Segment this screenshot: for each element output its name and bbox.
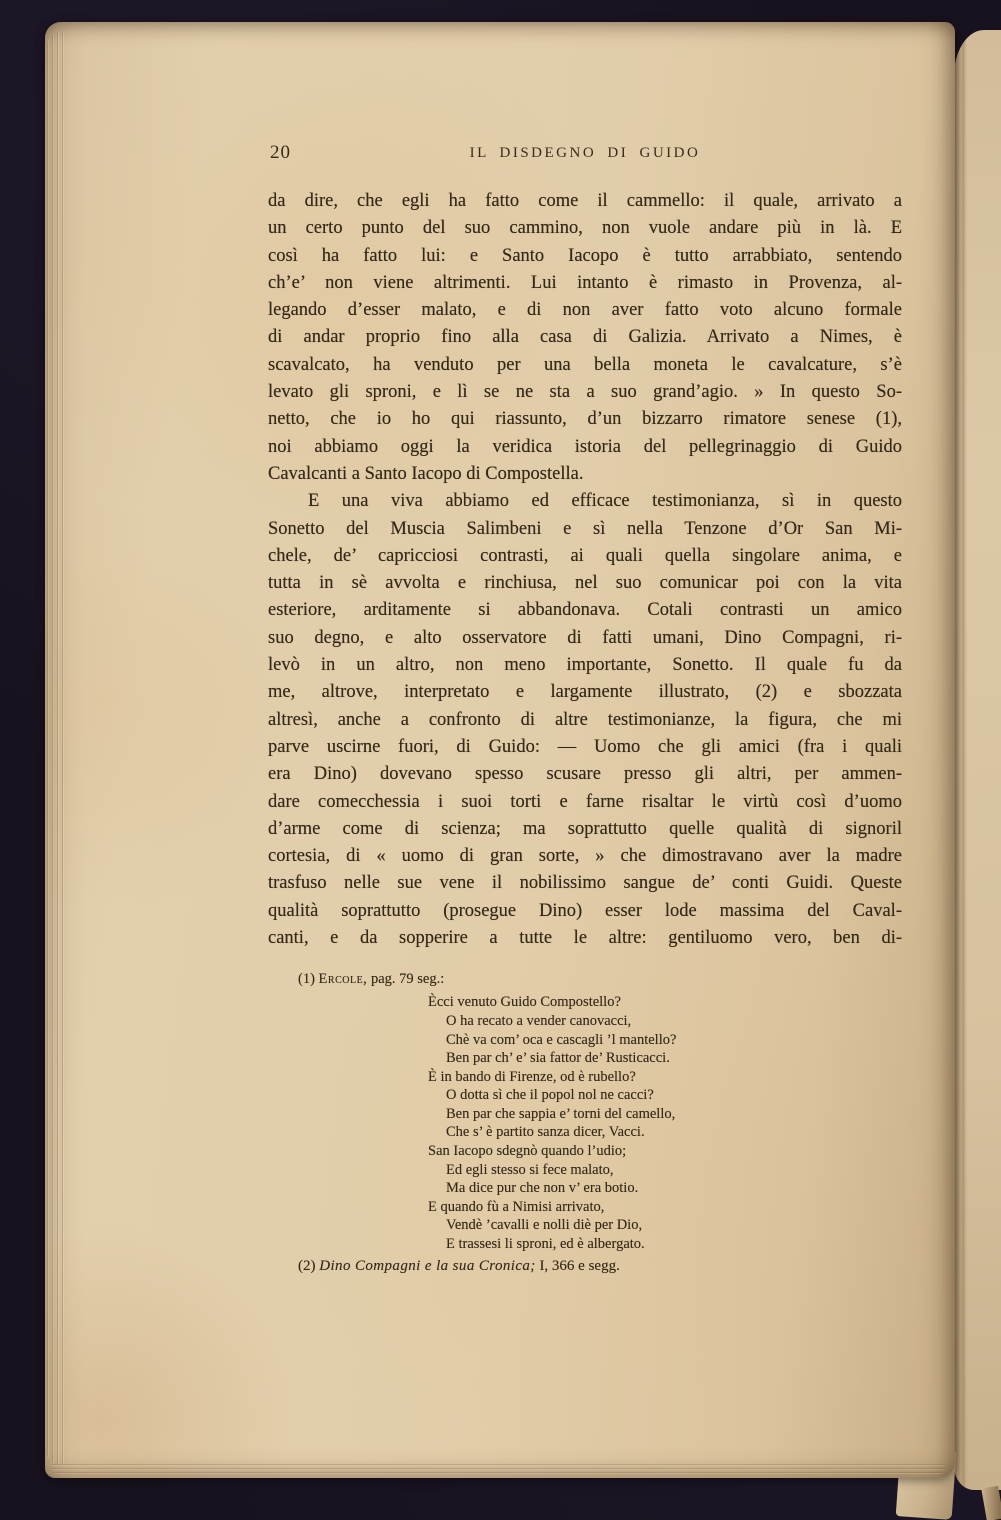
- text-line: un certo punto del suo cammino, non vuol…: [268, 215, 902, 242]
- poem-line: E trassesi li sproni, ed è albergato.: [428, 1235, 902, 1254]
- footnote-2: (2) Dino Compagni e la sua Cronica; I, 3…: [268, 1257, 902, 1276]
- text-line: era Dino) dovevano spesso scusare presso…: [268, 761, 902, 788]
- page-content: 20 IL DISDEGNO DI GUIDO da dire, che egl…: [268, 142, 902, 1276]
- text-line: d’arme come di scienza; ma soprattutto q…: [268, 816, 902, 843]
- text-line: chele, de’ capricciosi contrasti, ai qua…: [268, 543, 902, 570]
- text-line: levato gli sproni, e lì se ne sta a suo …: [268, 379, 902, 406]
- page-stack-bottom-edge: [51, 1462, 945, 1476]
- footnote-1-label: (1): [298, 971, 315, 987]
- text-line: canti, e da sopperire a tutte le altre: …: [268, 925, 902, 952]
- text-line: parve uscirne fuori, di Guido: — Uomo ch…: [268, 734, 902, 761]
- text-line: tutta in sè avvolta e rinchiusa, nel suo…: [268, 570, 902, 597]
- text-line: di andar proprio fino alla casa di Galiz…: [268, 324, 902, 351]
- page-number: 20: [270, 142, 291, 164]
- paragraph: E una viva abbiamo ed efficace testimoni…: [268, 488, 902, 952]
- text-line: ch’e’ non viene altrimenti. Lui intanto …: [268, 270, 902, 297]
- paragraph: da dire, che egli ha fatto come il camme…: [268, 188, 902, 488]
- footnote-2-label: (2): [298, 1258, 316, 1274]
- poem-line: Ben par che sappia e’ torni del camello,: [428, 1105, 902, 1124]
- poem-line: Ècci venuto Guido Compostello?: [428, 993, 902, 1012]
- text-line: qualità soprattutto (prosegue Dino) esse…: [268, 898, 902, 925]
- footnote-1-pages: pag. 79 seg.:: [371, 971, 444, 987]
- poem-line: Ben par ch’ e’ sia fattor de’ Rusticacci…: [428, 1049, 902, 1068]
- poem-line: E quando fù a Nimisi arrivato,: [428, 1198, 902, 1217]
- footnote-poem: Ècci venuto Guido Compostello?O ha recat…: [268, 993, 902, 1253]
- footnote-1-author: Ercole,: [319, 971, 368, 987]
- poem-line: San Iacopo sdegnò quando l’udio;: [428, 1142, 902, 1161]
- footnote-1: (1) Ercole, pag. 79 seg.:: [268, 970, 902, 989]
- text-line: suo degno, e alto osservatore di fatti u…: [268, 625, 902, 652]
- poem-line: È in bando di Firenze, od è rubello?: [428, 1068, 902, 1087]
- text-line: E una viva abbiamo ed efficace testimoni…: [268, 488, 902, 515]
- footnote-2-citation: I, 366 e segg.: [539, 1258, 619, 1274]
- text-line: me, altrove, interpretato e largamente i…: [268, 679, 902, 706]
- text-line: Cavalcanti a Santo Iacopo di Compostella…: [268, 461, 902, 488]
- poem-line: Ed egli stesso si fece malato,: [428, 1161, 902, 1180]
- running-header: IL DISDEGNO DI GUIDO: [268, 142, 902, 162]
- text-line: levò in un altro, non meno importante, S…: [268, 652, 902, 679]
- text-line: esteriore, arditamente si abbandonava. C…: [268, 597, 902, 624]
- text-line: netto, che io ho qui riassunto, d’un biz…: [268, 406, 902, 433]
- text-line: Sonetto del Muscia Salimbeni e sì nella …: [268, 516, 902, 543]
- page-corner-fragment: [981, 1486, 1001, 1520]
- text-line: scavalcato, ha venduto per una bella mon…: [268, 352, 902, 379]
- page-header: 20 IL DISDEGNO DI GUIDO: [268, 142, 902, 178]
- poem-line: Chè va com’ oca e cascagli ’l mantello?: [428, 1031, 902, 1050]
- text-line: cortesia, di « uomo di gran sorte, » che…: [268, 843, 902, 870]
- text-line: trasfuso nelle sue vene il nobilissimo s…: [268, 870, 902, 897]
- poem-line: O ha recato a vender canovacci,: [428, 1012, 902, 1031]
- text-line: da dire, che egli ha fatto come il camme…: [268, 188, 902, 215]
- text-line: noi abbiamo oggi la veridica istoria del…: [268, 434, 902, 461]
- poem-line: Ma dice pur che non v’ era botio.: [428, 1179, 902, 1198]
- body-text: da dire, che egli ha fatto come il camme…: [268, 188, 902, 952]
- next-page-edge: [954, 30, 1001, 1490]
- footnotes: (1) Ercole, pag. 79 seg.: Ècci venuto Gu…: [268, 970, 902, 1275]
- text-line: così ha fatto lui: e Santo Iacopo è tutt…: [268, 243, 902, 270]
- page-stack-left-edge: [47, 32, 65, 1464]
- text-line: legando d’esser malato, e di non aver fa…: [268, 297, 902, 324]
- poem-line: Vendè ’cavalli e nolli diè per Dio,: [428, 1216, 902, 1235]
- footnote-2-title: Dino Compagni e la sua Cronica;: [319, 1258, 535, 1274]
- book-photo-background: 20 IL DISDEGNO DI GUIDO da dire, che egl…: [0, 0, 1001, 1520]
- poem-line: Che s’ è partito sanza dicer, Vacci.: [428, 1123, 902, 1142]
- poem-line: O dotta sì che il popol nol ne cacci?: [428, 1086, 902, 1105]
- text-line: dare comecchessia i suoi torti e farne r…: [268, 789, 902, 816]
- book-page: 20 IL DISDEGNO DI GUIDO da dire, che egl…: [45, 22, 955, 1478]
- text-line: altresì, anche a confronto di altre test…: [268, 707, 902, 734]
